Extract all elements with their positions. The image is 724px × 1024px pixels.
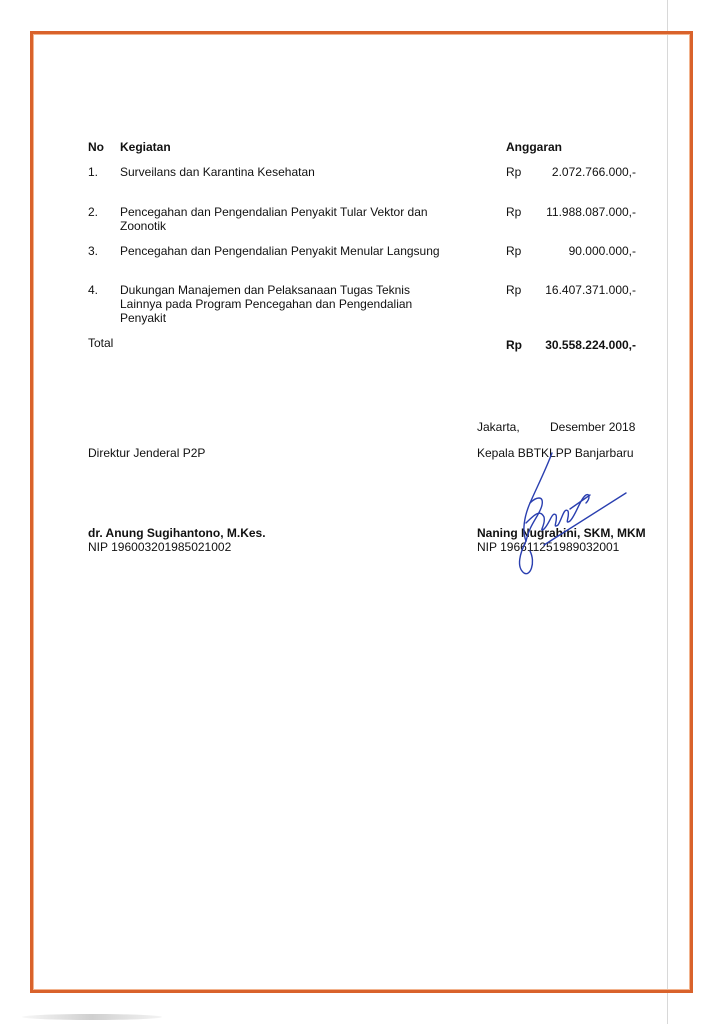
row-activity-cont: Zoonotik xyxy=(120,219,166,234)
row-amount: 11.988.087.000,- xyxy=(506,205,636,220)
header-activity: Kegiatan xyxy=(120,140,171,155)
header-budget: Anggaran xyxy=(506,140,562,155)
total-amount: 30.558.224.000,- xyxy=(506,338,636,353)
row-activity-cont: Lainnya pada Program Pencegahan dan Peng… xyxy=(120,297,412,312)
row-number: 1. xyxy=(88,165,98,180)
row-activity: Pencegahan dan Pengendalian Penyakit Tul… xyxy=(120,205,428,220)
total-label: Total xyxy=(88,336,113,351)
signing-date: Desember 2018 xyxy=(550,420,635,435)
scan-smudge xyxy=(22,1014,162,1020)
row-amount: 16.407.371.000,- xyxy=(506,283,636,298)
row-activity-cont: Penyakit xyxy=(120,311,166,326)
handwritten-signature-icon xyxy=(500,445,640,585)
row-amount: 2.072.766.000,- xyxy=(506,165,636,180)
row-number: 3. xyxy=(88,244,98,259)
row-amount: 90.000.000,- xyxy=(506,244,636,259)
signing-place: Jakarta, xyxy=(477,420,520,435)
left-signatory-title: Direktur Jenderal P2P xyxy=(88,446,205,461)
left-signatory-nip: NIP 196003201985021002 xyxy=(88,540,231,555)
left-signatory-name: dr. Anung Sugihantono, M.Kes. xyxy=(88,526,266,541)
row-activity: Dukungan Manajemen dan Pelaksanaan Tugas… xyxy=(120,283,410,298)
row-activity: Pencegahan dan Pengendalian Penyakit Men… xyxy=(120,244,440,259)
row-number: 2. xyxy=(88,205,98,220)
row-activity: Surveilans dan Karantina Kesehatan xyxy=(120,165,315,180)
row-number: 4. xyxy=(88,283,98,298)
header-no: No xyxy=(88,140,104,155)
